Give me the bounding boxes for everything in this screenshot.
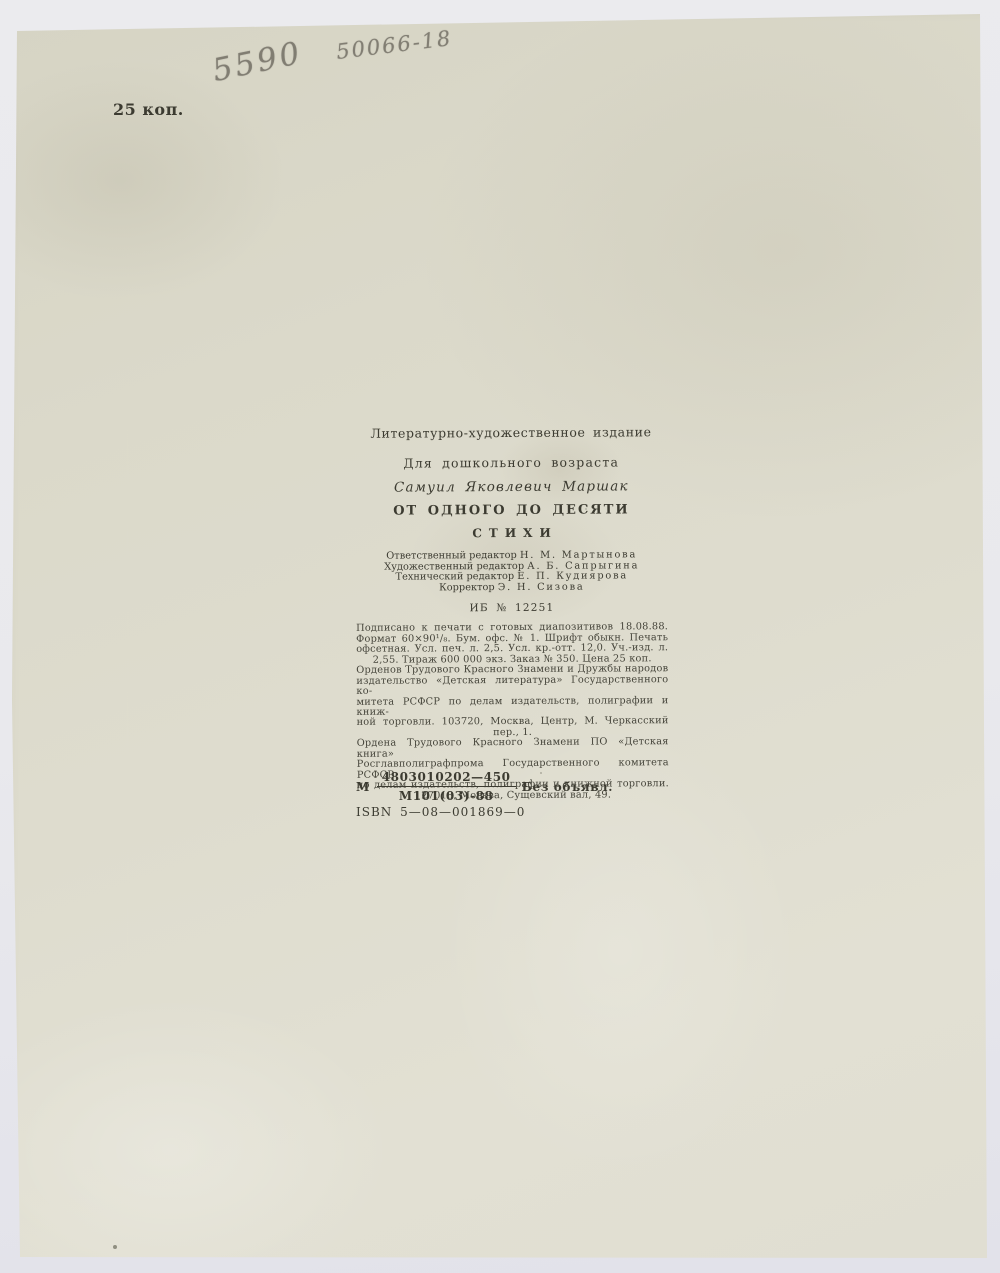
photo-backdrop: 5590 50066-18 25 коп. Литературно-художе… <box>0 0 1000 1273</box>
printed-price: 25 коп. <box>113 100 184 119</box>
audience-line: Для дошкольного возраста <box>355 455 667 471</box>
catalog-numerator: 4803010202—450 <box>377 770 516 787</box>
book-back-cover-page: 5590 50066-18 25 коп. Литературно-художе… <box>0 0 1000 1273</box>
staff-role: Корректор <box>439 582 495 593</box>
paper-speck <box>585 508 587 510</box>
colophon-block: Литературно-художественное издание Для д… <box>355 425 669 802</box>
book-title: ОТ ОДНОГО ДО ДЕСЯТИ <box>355 503 667 519</box>
genre-line: СТИХИ <box>356 526 668 541</box>
edition-type-line: Литературно-художественное издание <box>355 425 667 441</box>
print-info-paragraph: Подписано к печати с готовых диапозитиво… <box>356 623 668 666</box>
author-name: Самуил Яковлевич Маршак <box>355 479 667 496</box>
ib-number: ИБ № 12251 <box>356 602 668 616</box>
catalog-prefix: М <box>356 780 370 794</box>
staff-person-name: Э. Н. Сизова <box>498 581 585 592</box>
catalog-note: Без объявл. <box>522 780 613 794</box>
paper-speck <box>540 772 542 774</box>
publisher-line: издательство «Детская литература» Госуда… <box>356 675 668 698</box>
catalog-fraction: 4803010202—450 М101(03)-88 <box>377 770 516 803</box>
catalog-index-block: М 4803010202—450 М101(03)-88 Без объявл. <box>356 770 613 803</box>
pencil-mark-inventory-number: 50066-18 <box>335 26 454 64</box>
paper-speck <box>113 1245 117 1249</box>
staff-role: Технический редактор <box>395 571 514 583</box>
staff-person-name: Е. П. Кудиярова <box>517 571 628 583</box>
staff-credits: Ответственный редактор Н. М. Мартынова Х… <box>356 550 668 594</box>
publisher-paragraph: Орденов Трудового Красного Знамени и Дру… <box>356 664 668 739</box>
isbn-line: ISBN 5—08—001869—0 <box>356 805 525 819</box>
pencil-mark-price-code: 5590 <box>209 35 305 89</box>
staff-credit-line: Корректор Э. Н. Сизова <box>356 582 668 594</box>
catalog-denominator: М101(03)-88 <box>377 787 516 803</box>
